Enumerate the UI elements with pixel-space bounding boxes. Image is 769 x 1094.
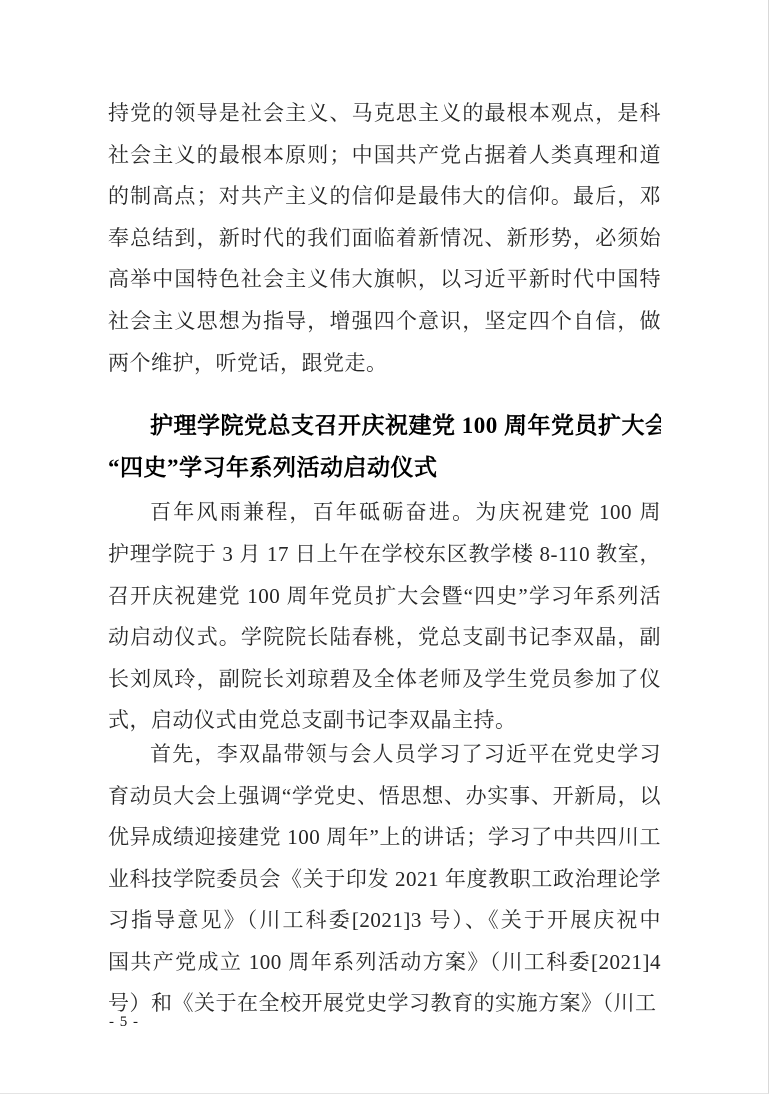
text-line: 长刘凤玲，副院长刘琼碧及全体老师及学生党员参加了仪 [108, 659, 661, 701]
paragraph-study: 首先，李双晶带领与会人员学习了习近平在党史学习教 育动员大会上强调“学党史、悟思… [108, 734, 661, 1025]
text-line: 习指导意见》（川工科委[2021]3 号）、《关于开展庆祝中 [108, 900, 661, 942]
section-heading: 护理学院党总支召开庆祝建党 100 周年党员扩大会暨 “四史”学习年系列活动启动… [108, 405, 661, 488]
text-line: 社会主义思想为指导，增强四个意识，坚定四个自信，做到 [108, 301, 661, 343]
text-line: 召开庆祝建党 100 周年党员扩大会暨“四史”学习年系列活 [108, 576, 661, 618]
text-line: 业科技学院委员会《关于印发 2021 年度教职工政治理论学 [108, 859, 661, 901]
text-line: 育动员大会上强调“学党史、悟思想、办实事、开新局，以 [108, 776, 661, 818]
paragraph-event: 百年风雨兼程，百年砥砺奋进。为庆祝建党 100 周年， 护理学院于 3 月 17… [108, 492, 661, 742]
text-line: 首先，李双晶带领与会人员学习了习近平在党史学习教 [108, 734, 661, 776]
heading-line: “四史”学习年系列活动启动仪式 [108, 447, 661, 489]
text-line: 护理学院于 3 月 17 日上午在学校东区教学楼 8-110 教室， [108, 534, 661, 576]
text-line: 优异成绩迎接建党 100 周年”上的讲话；学习了中共四川工 [108, 817, 661, 859]
text-line: 奉总结到，新时代的我们面临着新情况、新形势，必须始终 [108, 218, 661, 260]
text-line: 号）和《关于在全校开展党史学习教育的实施方案》（川工 [108, 983, 661, 1025]
text-line: 的制高点；对共产主义的信仰是最伟大的信仰。最后，邓成 [108, 176, 661, 218]
paragraph-continuation: 持党的领导是社会主义、马克思主义的最根本观点，是科学 社会主义的最根本原则；中国… [108, 93, 661, 384]
text-line: 高举中国特色社会主义伟大旗帜，以习近平新时代中国特色 [108, 259, 661, 301]
text-line: 百年风雨兼程，百年砥砺奋进。为庆祝建党 100 周年， [108, 492, 661, 534]
document-page: 持党的领导是社会主义、马克思主义的最根本观点，是科学 社会主义的最根本原则；中国… [0, 0, 769, 1094]
text-line: 国共产党成立 100 周年系列活动方案》（川工科委[2021]4 [108, 942, 661, 984]
text-line: 动启动仪式。学院院长陆春桃，党总支副书记李双晶，副院 [108, 617, 661, 659]
page-number: - 5 - [109, 1014, 139, 1031]
page-text-block: 持党的领导是社会主义、马克思主义的最根本观点，是科学 社会主义的最根本原则；中国… [108, 93, 661, 1025]
text-line: 两个维护，听党话，跟党走。 [108, 343, 661, 385]
heading-line: 护理学院党总支召开庆祝建党 100 周年党员扩大会暨 [108, 405, 661, 447]
text-line: 社会主义的最根本原则；中国共产党占据着人类真理和道义 [108, 135, 661, 177]
text-line: 持党的领导是社会主义、马克思主义的最根本观点，是科学 [108, 93, 661, 135]
